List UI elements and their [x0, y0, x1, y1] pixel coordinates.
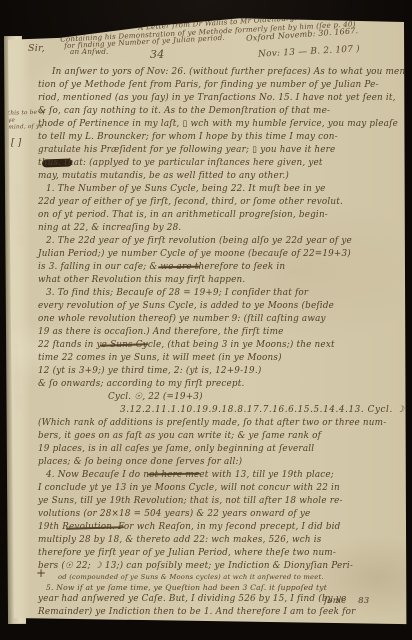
cycle-table-sun-row: Cycl. ☉, 22 (=19+3) [38, 391, 404, 404]
catchword: ſome [324, 596, 346, 606]
manuscript-line: 19th Revolution. For wch Reaſon, in my ſ… [38, 521, 404, 534]
manuscript-line: & ſo, can ſay nothing to it. As to the D… [38, 105, 404, 118]
manuscript-line: multiply 28 by 18, & thereto add 22: wch… [38, 534, 404, 547]
manuscript-line: Remainder) ye Indiction then to be 1. An… [38, 606, 404, 619]
margin-bracket-mark: [ ] [11, 138, 21, 148]
manuscript-line: 5. Now if at ye ſame time, ye Queſtion h… [38, 582, 404, 593]
manuscript-line: therefore ye firſt year of ye Julian Per… [38, 547, 404, 560]
manuscript-line: places; & ſo being once done ſerves for … [38, 456, 404, 469]
cycle-table-moon-row: 3.12.2.11.1.10.19.9.18.8.17.7.16.6.15.5.… [38, 404, 404, 417]
manuscript-line: riod, mentioned (as you ſay) in ye Tranſ… [38, 92, 404, 105]
header-answered-note: an Anſwd. [70, 47, 109, 56]
manuscript-line: gratulate his Præſident for ye following… [38, 144, 404, 157]
manuscript-line: is 3. falling in our caſe; & we are ther… [38, 261, 404, 274]
manuscript-line: 3. To find this; Becauſe of 28 = 19+9; I… [38, 287, 404, 300]
manuscript-line: 4. Now Becauſe I do not here meet with 1… [38, 469, 404, 482]
manuscript-line: what other Revolution this may firſt hap… [38, 274, 404, 287]
manuscript-line: I conclude yt ye 13 in ye Moons Cycle, w… [38, 482, 404, 495]
manuscript-line: to tell my L. Brouncker; for whom I hope… [38, 131, 404, 144]
manuscript-line: (Which rank of additions is preſently ma… [38, 417, 404, 430]
header-folio-number: 34 [150, 48, 164, 61]
manuscript-page: A Letter from Dr Wallis to Mr Oldenburg.… [8, 14, 408, 626]
manuscript-line: ye Suns, till ye 19th Revolution; that i… [38, 495, 404, 508]
manuscript-line: In anſwer to yors of Nov: 26. (without f… [38, 66, 404, 79]
manuscript-line: Julian Period;) ye number Cycle of ye mo… [38, 248, 404, 261]
ink-bleed-through: ~ ~~~ ~~ ~ ~~~ [12, 344, 22, 412]
manuscript-line: thode of Pertinence in my laſt, ▯ wch wi… [38, 118, 404, 131]
header-register-reference: Nov: 13 — B. 2. 107 ) [258, 44, 360, 59]
manuscript-line: every revolution of ye Suns Cycle, is ad… [38, 300, 404, 313]
manuscript-line: bers, it goes on as faſt as you can writ… [38, 430, 404, 443]
pencil-smudge [20, 24, 64, 29]
pencil-smudge [24, 15, 80, 21]
manuscript-line: tion of ye Methode ſent from Paris, for … [38, 79, 404, 92]
manuscript-line: ning at 22, & increaſing by 28. [38, 222, 404, 235]
letter-body: In anſwer to yors of Nov: 26. (without f… [38, 66, 404, 619]
manuscript-line: 12 (yt is 3+9;) ye third time, 2: (yt is… [38, 365, 404, 378]
folio-number: 83 [358, 596, 369, 606]
manuscript-line: 2. The 22d year of ye firſt revolution (… [38, 235, 404, 248]
manuscript-line: bers (☉ 22; ☽ 13;) can poſsibly meet; ye… [38, 560, 404, 573]
interlinear-insertion: od (compounded of ye Suns & Moons cycles… [38, 573, 404, 582]
manuscript-line: 1. The Number of ye Suns Cycle, being 22… [38, 183, 404, 196]
manuscript-line: on of yt period. That is, in an arithmet… [38, 209, 404, 222]
manuscript-line: 19 as there is occaſion.) And therefore,… [38, 326, 404, 339]
page-footer: ſome 83 [324, 596, 369, 606]
manuscript-line: thus. that: (applyed to ye particular in… [38, 157, 404, 170]
manuscript-line: & ſo onwards; according to my firſt prec… [38, 378, 404, 391]
manuscript-line: time 22 comes in ye Suns, it will meet (… [38, 352, 404, 365]
manuscript-line: 19 places, is in all caſes ye ſame, only… [38, 443, 404, 456]
manuscript-line: one whole revolution thereof) ye number … [38, 313, 404, 326]
photograph-background: A Letter from Dr Wallis to Mr Oldenburg.… [0, 0, 412, 640]
manuscript-line: 22d year of either of ye firſt, ſecond, … [38, 196, 404, 209]
ink-bleed-through: ~~ ~ ~~~ ~ ~~ [14, 184, 24, 246]
manuscript-line: may, mutatis mutandis, be as well fitted… [38, 170, 404, 183]
manuscript-line: 22 ſtands in ye Suns Cycle, (that being … [38, 339, 404, 352]
salutation: Sir, [28, 43, 45, 54]
manuscript-line: volutions (or 28×18 = 504 years) & 22 ye… [38, 508, 404, 521]
